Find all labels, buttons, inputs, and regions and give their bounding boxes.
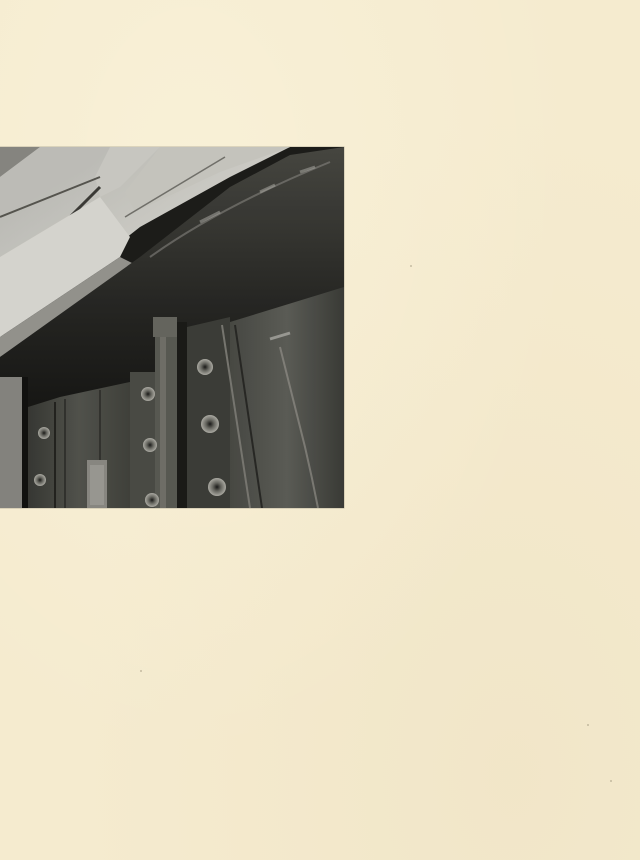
book-page bbox=[0, 0, 640, 860]
paper-speck bbox=[610, 780, 612, 782]
door-photograph bbox=[0, 147, 344, 508]
paper-speck bbox=[587, 724, 589, 726]
paper-speck bbox=[410, 265, 412, 267]
paper-speck bbox=[140, 670, 142, 672]
